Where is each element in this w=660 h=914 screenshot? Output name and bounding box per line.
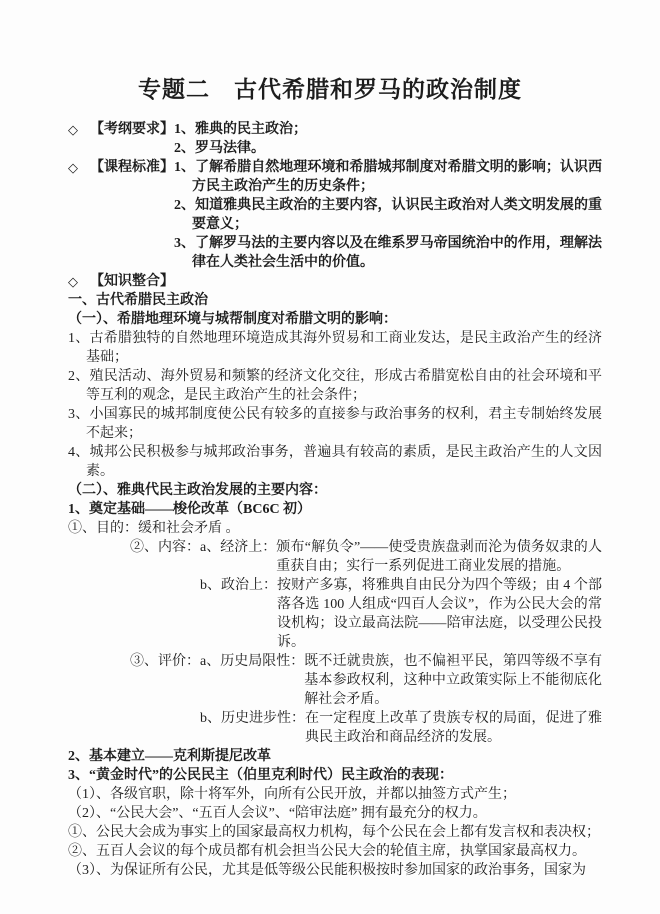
exam-requirements-label: 【考纲要求】 [90, 120, 174, 139]
subsection-heading: （二）、雅典代民主政治发展的主要内容： [68, 481, 602, 500]
list-item: （1）、各级官职，除十将军外，向所有公民开放，并都以抽签方式产生； [68, 785, 602, 804]
evaluation-sublist: a、历史局限性： 既不迁就贵族，也不偏袒平民，第四等级不享有基本参政权利，这种中… [200, 652, 602, 747]
list-item: 2、殖民活动、海外贸易和频繁的经济文化交往，形成古希腊宽松自由的社会环境和平等互… [68, 367, 602, 405]
evaluation-item-a: a、历史局限性： 既不迁就贵族，也不偏袒平民，第四等级不享有基本参政权利，这种中… [200, 652, 602, 709]
course-standards-items: 1、了解希腊自然地理环境和希腊城邦制度对希腊文明的影响；认识西方民主政治产生的历… [174, 158, 602, 272]
section-heading: 一、古代希腊民主政治 [68, 291, 602, 310]
point-heading: 2、基本建立——克利斯提尼改革 [68, 747, 602, 766]
evaluation-label: ③、评价： [130, 652, 200, 671]
list-item: 3、小国寡民的城邦制度使公民有较多的直接参与政治事务的权利，君主专制始终发展不起… [68, 405, 602, 443]
knowledge-integration-label: 【知识整合】 [90, 272, 174, 291]
exam-requirements-items: 1、雅典的民主政治； 2、罗马法律。 [174, 120, 602, 158]
list-item: 1、古希腊独特的自然地理环境造成其海外贸易和工商业发达，是民主政治产生的经济基础… [68, 329, 602, 367]
knowledge-integration-row: ◇ 【知识整合】 [68, 272, 602, 291]
evaluation-b-label: b、历史进步性： [200, 709, 305, 728]
list-item: （2）、“公民大会”、“五百人会议”、“陪审法庭” 拥有最充分的权力。 [68, 804, 602, 823]
exam-requirement-item: 1、雅典的民主政治； [174, 120, 602, 139]
exam-requirements-row: ◇ 【考纲要求】 1、雅典的民主政治； 2、罗马法律。 [68, 120, 602, 158]
content-item-a: a、经济上： 颁布“解负令”——使受贵族盘剥而沦为债务奴隶的人重获自由；实行一系… [200, 538, 602, 576]
course-standard-item: 2、知道雅典民主政治的主要内容，认识民主政治对人类文明发展的重要意义； [174, 196, 602, 234]
content-item-b: b、政治上： 按财产多寡，将雅典自由民分为四个等级；由 4 个部落各选 100 … [200, 576, 602, 652]
content-sublist: a、经济上： 颁布“解负令”——使受贵族盘剥而沦为债务奴隶的人重获自由；实行一系… [200, 538, 602, 652]
list-item: ①、目的：缓和社会矛盾 。 [68, 519, 602, 538]
list-item: 4、城邦公民积极参与城邦政治事务，普遍具有较高的素质，是民主政治产生的人文因素。 [68, 443, 602, 481]
content-a-label: a、经济上： [200, 538, 276, 557]
list-item: ①、公民大会成为事实上的国家最高权力机构，每个公民在会上都有发言权和表决权； [68, 823, 602, 842]
course-standards-label: 【课程标准】 [90, 158, 174, 177]
evaluation-a-text: 既不迁就贵族，也不偏袒平民，第四等级不享有基本参政权利，这种中立政策实际上不能彻… [304, 652, 602, 709]
diamond-bullet-icon: ◇ [68, 120, 90, 139]
content-label: ②、内容： [130, 538, 200, 557]
content-block: ②、内容： a、经济上： 颁布“解负令”——使受贵族盘剥而沦为债务奴隶的人重获自… [130, 538, 602, 652]
diamond-bullet-icon: ◇ [68, 158, 90, 177]
evaluation-a-label: a、历史局限性： [200, 652, 304, 671]
content-b-text: 按财产多寡，将雅典自由民分为四个等级；由 4 个部落各选 100 人组成“四百人… [277, 576, 602, 652]
content-a-text: 颁布“解负令”——使受贵族盘剥而沦为债务奴隶的人重获自由；实行一系列促进工商业发… [276, 538, 602, 576]
outline: ◇ 【考纲要求】 1、雅典的民主政治； 2、罗马法律。 ◇ 【课程标准】 1、了… [68, 120, 602, 880]
page-title: 专题二 古代希腊和罗马的政治制度 [30, 74, 630, 104]
subsection-heading: （一）、希腊地理环境与城帮制度对希腊文明的影响： [68, 310, 602, 329]
evaluation-block: ③、评价： a、历史局限性： 既不迁就贵族，也不偏袒平民，第四等级不享有基本参政… [130, 652, 602, 747]
exam-requirement-item: 2、罗马法律。 [174, 139, 602, 158]
course-standard-item: 3、了解罗马法的主要内容以及在维系罗马帝国统治中的作用，理解法律在人类社会生活中… [174, 234, 602, 272]
list-item: ②、五百人会议的每个成员都有机会担当公民大会的轮值主席，执掌国家最高权力。 [68, 842, 602, 861]
evaluation-item-b: b、历史进步性： 在一定程度上改革了贵族专权的局面，促进了雅典民主政治和商品经济… [200, 709, 602, 747]
content-b-label: b、政治上： [200, 576, 277, 595]
diamond-bullet-icon: ◇ [68, 272, 90, 291]
evaluation-b-text: 在一定程度上改革了贵族专权的局面，促进了雅典民主政治和商品经济的发展。 [305, 709, 602, 747]
course-standard-item: 1、了解希腊自然地理环境和希腊城邦制度对希腊文明的影响；认识西方民主政治产生的历… [174, 158, 602, 196]
document-page: 专题二 古代希腊和罗马的政治制度 ◇ 【考纲要求】 1、雅典的民主政治； 2、罗… [0, 0, 660, 914]
point-heading: 1、奠定基础——梭伦改革（BC6C 初） [68, 500, 602, 519]
point-heading: 3、“黄金时代”的公民民主（伯里克利时代）民主政治的表现： [68, 766, 602, 785]
course-standards-row: ◇ 【课程标准】 1、了解希腊自然地理环境和希腊城邦制度对希腊文明的影响；认识西… [68, 158, 602, 272]
list-item: （3）、为保证所有公民，尤其是低等级公民能积极按时参加国家的政治事务，国家为 [68, 861, 602, 880]
